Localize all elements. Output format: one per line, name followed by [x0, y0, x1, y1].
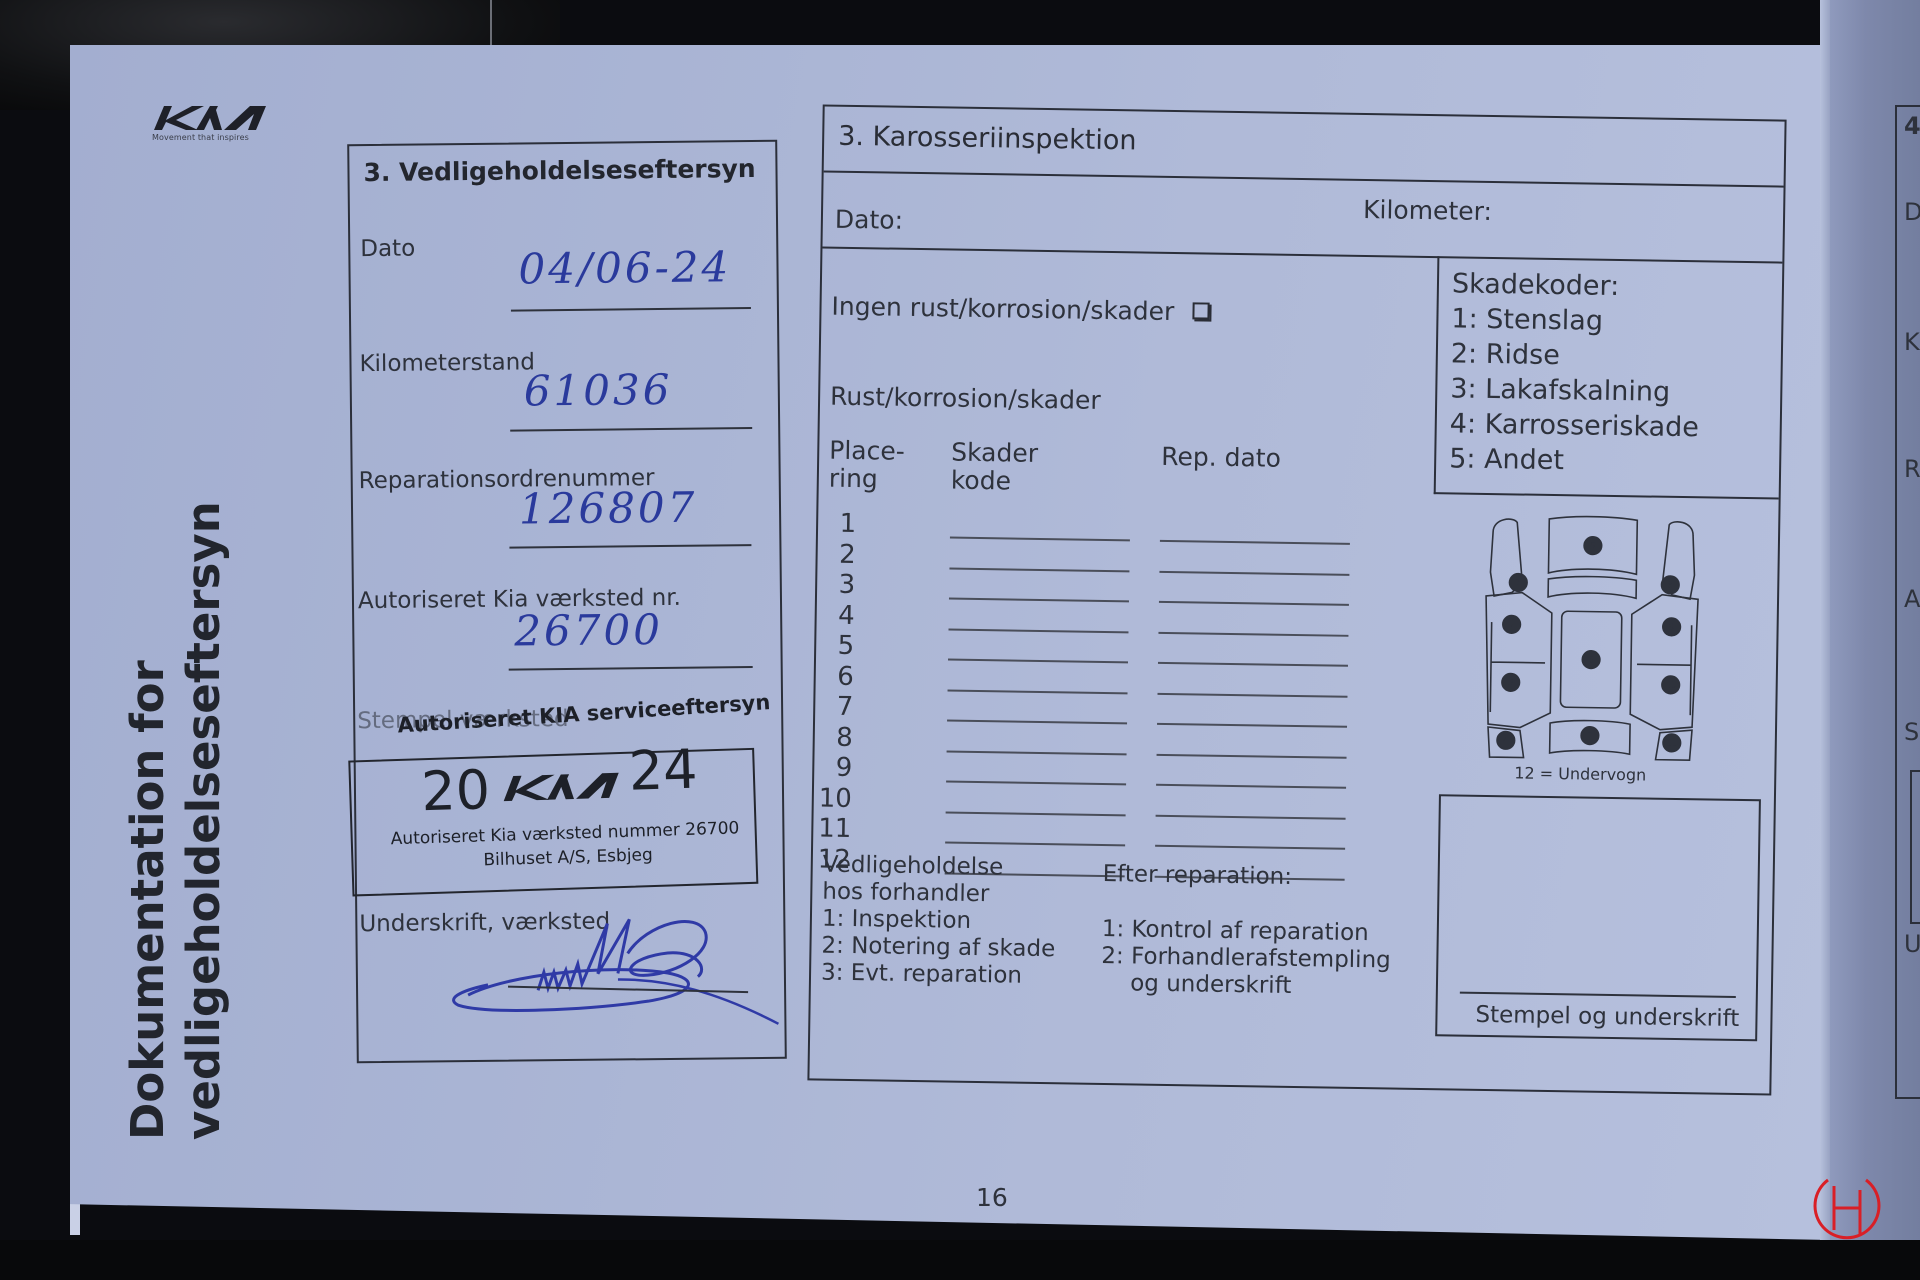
- column-damage-code: Skader kode: [951, 439, 1039, 496]
- repair-date-field[interactable]: [1157, 753, 1347, 758]
- repair-date-field[interactable]: [1156, 814, 1346, 819]
- repair-date-field[interactable]: [1159, 570, 1349, 575]
- damage-code-field[interactable]: [948, 689, 1128, 694]
- side-title-line2: vedligeholdelseseftersyn: [176, 501, 232, 1140]
- repair-order-underline: [509, 544, 751, 549]
- row-number: 3: [815, 569, 855, 600]
- damage-codes-title: Skadekoder:: [1452, 266, 1702, 305]
- workshop-number-underline: [509, 666, 753, 671]
- no-damage-label: Ingen rust/korrosion/skader: [831, 292, 1174, 326]
- body-inspection-box: 3. Karosseriinspektion Dato: Kilometer: …: [807, 104, 1786, 1095]
- mileage-underline: [510, 427, 752, 432]
- maintenance-inspection-box: 3. Vedligeholdelseseftersyn Dato 04/06-2…: [347, 140, 787, 1063]
- next-page-letter: U: [1904, 930, 1920, 958]
- damage-code-field[interactable]: [945, 842, 1125, 847]
- svg-text:11: 11: [1666, 739, 1678, 749]
- date-value[interactable]: 04/06-24: [518, 242, 731, 293]
- maintenance-notes: Vedligeholdelse hos forhandler 1: Inspek…: [821, 852, 1057, 991]
- svg-text:9: 9: [1669, 623, 1675, 633]
- row-number: 9: [812, 752, 852, 783]
- svg-text:3: 3: [1508, 678, 1514, 688]
- damage-code-field[interactable]: [948, 659, 1128, 664]
- repair-date-field[interactable]: [1157, 723, 1347, 728]
- workshop-signature: [447, 912, 788, 1036]
- kia-logo-icon: [152, 102, 268, 132]
- damage-code-field[interactable]: [946, 781, 1126, 786]
- workshop-stamp: 20 24 Autoriseret Kia værksted nummer 26…: [348, 748, 758, 897]
- svg-text:4: 4: [1503, 736, 1509, 746]
- row-number: 10: [812, 783, 852, 814]
- no-damage-checkbox[interactable]: [1192, 302, 1209, 319]
- svg-text:1: 1: [1515, 578, 1521, 588]
- repair-date-field[interactable]: [1158, 662, 1348, 667]
- row-number: 6: [814, 661, 854, 692]
- row-number: 7: [813, 691, 853, 722]
- no-damage-row[interactable]: Ingen rust/korrosion/skader: [831, 292, 1209, 327]
- row-number: 4: [814, 600, 854, 631]
- damage-label: Rust/korrosion/skader: [830, 382, 1101, 415]
- svg-text:2: 2: [1509, 620, 1515, 630]
- after-repair-notes: 1: Kontrol af reparation 2: Forhandleraf…: [1101, 916, 1392, 1002]
- dealer-watermark-icon: [1808, 1168, 1884, 1244]
- page-number: 16: [976, 1183, 1008, 1212]
- damage-code-field[interactable]: [949, 567, 1129, 572]
- car-body-diagram-icon: 1234567891011: [1479, 512, 1703, 765]
- svg-text:7: 7: [1587, 732, 1593, 742]
- next-page-inner-box: [1910, 770, 1920, 924]
- repair-date-field[interactable]: [1156, 784, 1346, 789]
- damage-code-field[interactable]: [949, 598, 1129, 603]
- damage-code-field[interactable]: [946, 811, 1126, 816]
- damage-code-item: 4: Karrosseriskade: [1450, 406, 1700, 445]
- stamp-year-left: 20: [420, 758, 491, 823]
- next-page-letter: K: [1904, 328, 1920, 356]
- damage-code-item: 1: Stenslag: [1451, 301, 1701, 340]
- repair-order-value[interactable]: 126807: [519, 483, 698, 534]
- date-underline: [511, 307, 751, 312]
- side-title: Dokumentation for vedligeholdelsesefters…: [120, 501, 232, 1140]
- damage-codes: Skadekoder: 1: Stenslag 2: Ridse 3: Laka…: [1449, 266, 1701, 480]
- damage-code-item: 2: Ridse: [1451, 336, 1701, 375]
- kia-logo: Movement that inspires: [152, 102, 270, 142]
- maintenance-title: 3. Vedligeholdelseseftersyn: [363, 154, 755, 187]
- row-number: 8: [813, 722, 853, 753]
- next-page-letter: A: [1904, 585, 1920, 613]
- stamp-line2: Bilhuset A/S, Esbjeg: [483, 845, 653, 870]
- divider: [1434, 492, 1779, 499]
- stamp-signature-label: Stempel og underskrift: [1475, 1002, 1739, 1032]
- row-number: 11: [811, 813, 851, 844]
- column-placement: Place- ring: [829, 437, 905, 494]
- repair-date-field[interactable]: [1155, 845, 1345, 850]
- damage-code-field[interactable]: [948, 628, 1128, 633]
- svg-text:10: 10: [1665, 681, 1677, 691]
- svg-text:5: 5: [1590, 542, 1596, 552]
- date-label: Dato: [360, 236, 415, 263]
- side-title-line1: Dokumentation for: [120, 501, 176, 1140]
- column-repair-date: Rep. dato: [1161, 442, 1281, 473]
- stamp-signature-box[interactable]: Stempel og underskrift: [1435, 794, 1761, 1041]
- damage-code-field[interactable]: [947, 750, 1127, 755]
- repair-date-field[interactable]: [1160, 540, 1350, 545]
- next-page-heading: 4: [1904, 112, 1920, 140]
- repair-date-field[interactable]: [1159, 601, 1349, 606]
- svg-text:8: 8: [1667, 581, 1673, 591]
- stamp-header: Autoriseret KIA serviceeftersyn: [397, 690, 771, 737]
- row-number: 5: [814, 630, 854, 661]
- mileage-label: Kilometerstand: [359, 349, 535, 377]
- body-inspection-title: 3. Karosseriinspektion: [838, 121, 1137, 157]
- inspection-km-label: Kilometer:: [1363, 195, 1492, 226]
- svg-text:6: 6: [1588, 656, 1594, 666]
- diagram-caption: 12 = Undervogn: [1514, 763, 1646, 784]
- next-page-letter: D: [1904, 198, 1920, 226]
- logo-tagline: Movement that inspires: [152, 133, 270, 142]
- stamp-kia-logo-icon: [501, 768, 622, 804]
- inspection-date-label: Dato:: [835, 205, 904, 235]
- next-page-letter: R: [1904, 455, 1920, 483]
- workshop-number-value[interactable]: 26700: [514, 605, 663, 656]
- stamp-year-right: 24: [628, 738, 699, 803]
- repair-date-field[interactable]: [1158, 631, 1348, 636]
- damage-code-field[interactable]: [950, 537, 1130, 542]
- table-surface: [0, 1240, 1920, 1280]
- damage-code-item: 3: Lakafskalning: [1450, 371, 1700, 410]
- damage-code-item: 5: Andet: [1449, 441, 1699, 480]
- repair-date-field[interactable]: [1158, 692, 1348, 697]
- damage-code-field[interactable]: [947, 720, 1127, 725]
- stamp-line1: Autoriseret Kia værksted nummer 26700: [390, 818, 739, 849]
- next-page-letter: S: [1904, 718, 1919, 746]
- divider: [824, 171, 1784, 188]
- signature-line: [1460, 992, 1736, 998]
- mileage-value[interactable]: 61036: [524, 365, 673, 416]
- after-repair-title: Efter reparation:: [1102, 861, 1292, 891]
- row-number: 1: [816, 508, 856, 539]
- divider: [822, 247, 1782, 264]
- row-number: 2: [815, 539, 855, 570]
- divider: [1434, 256, 1440, 494]
